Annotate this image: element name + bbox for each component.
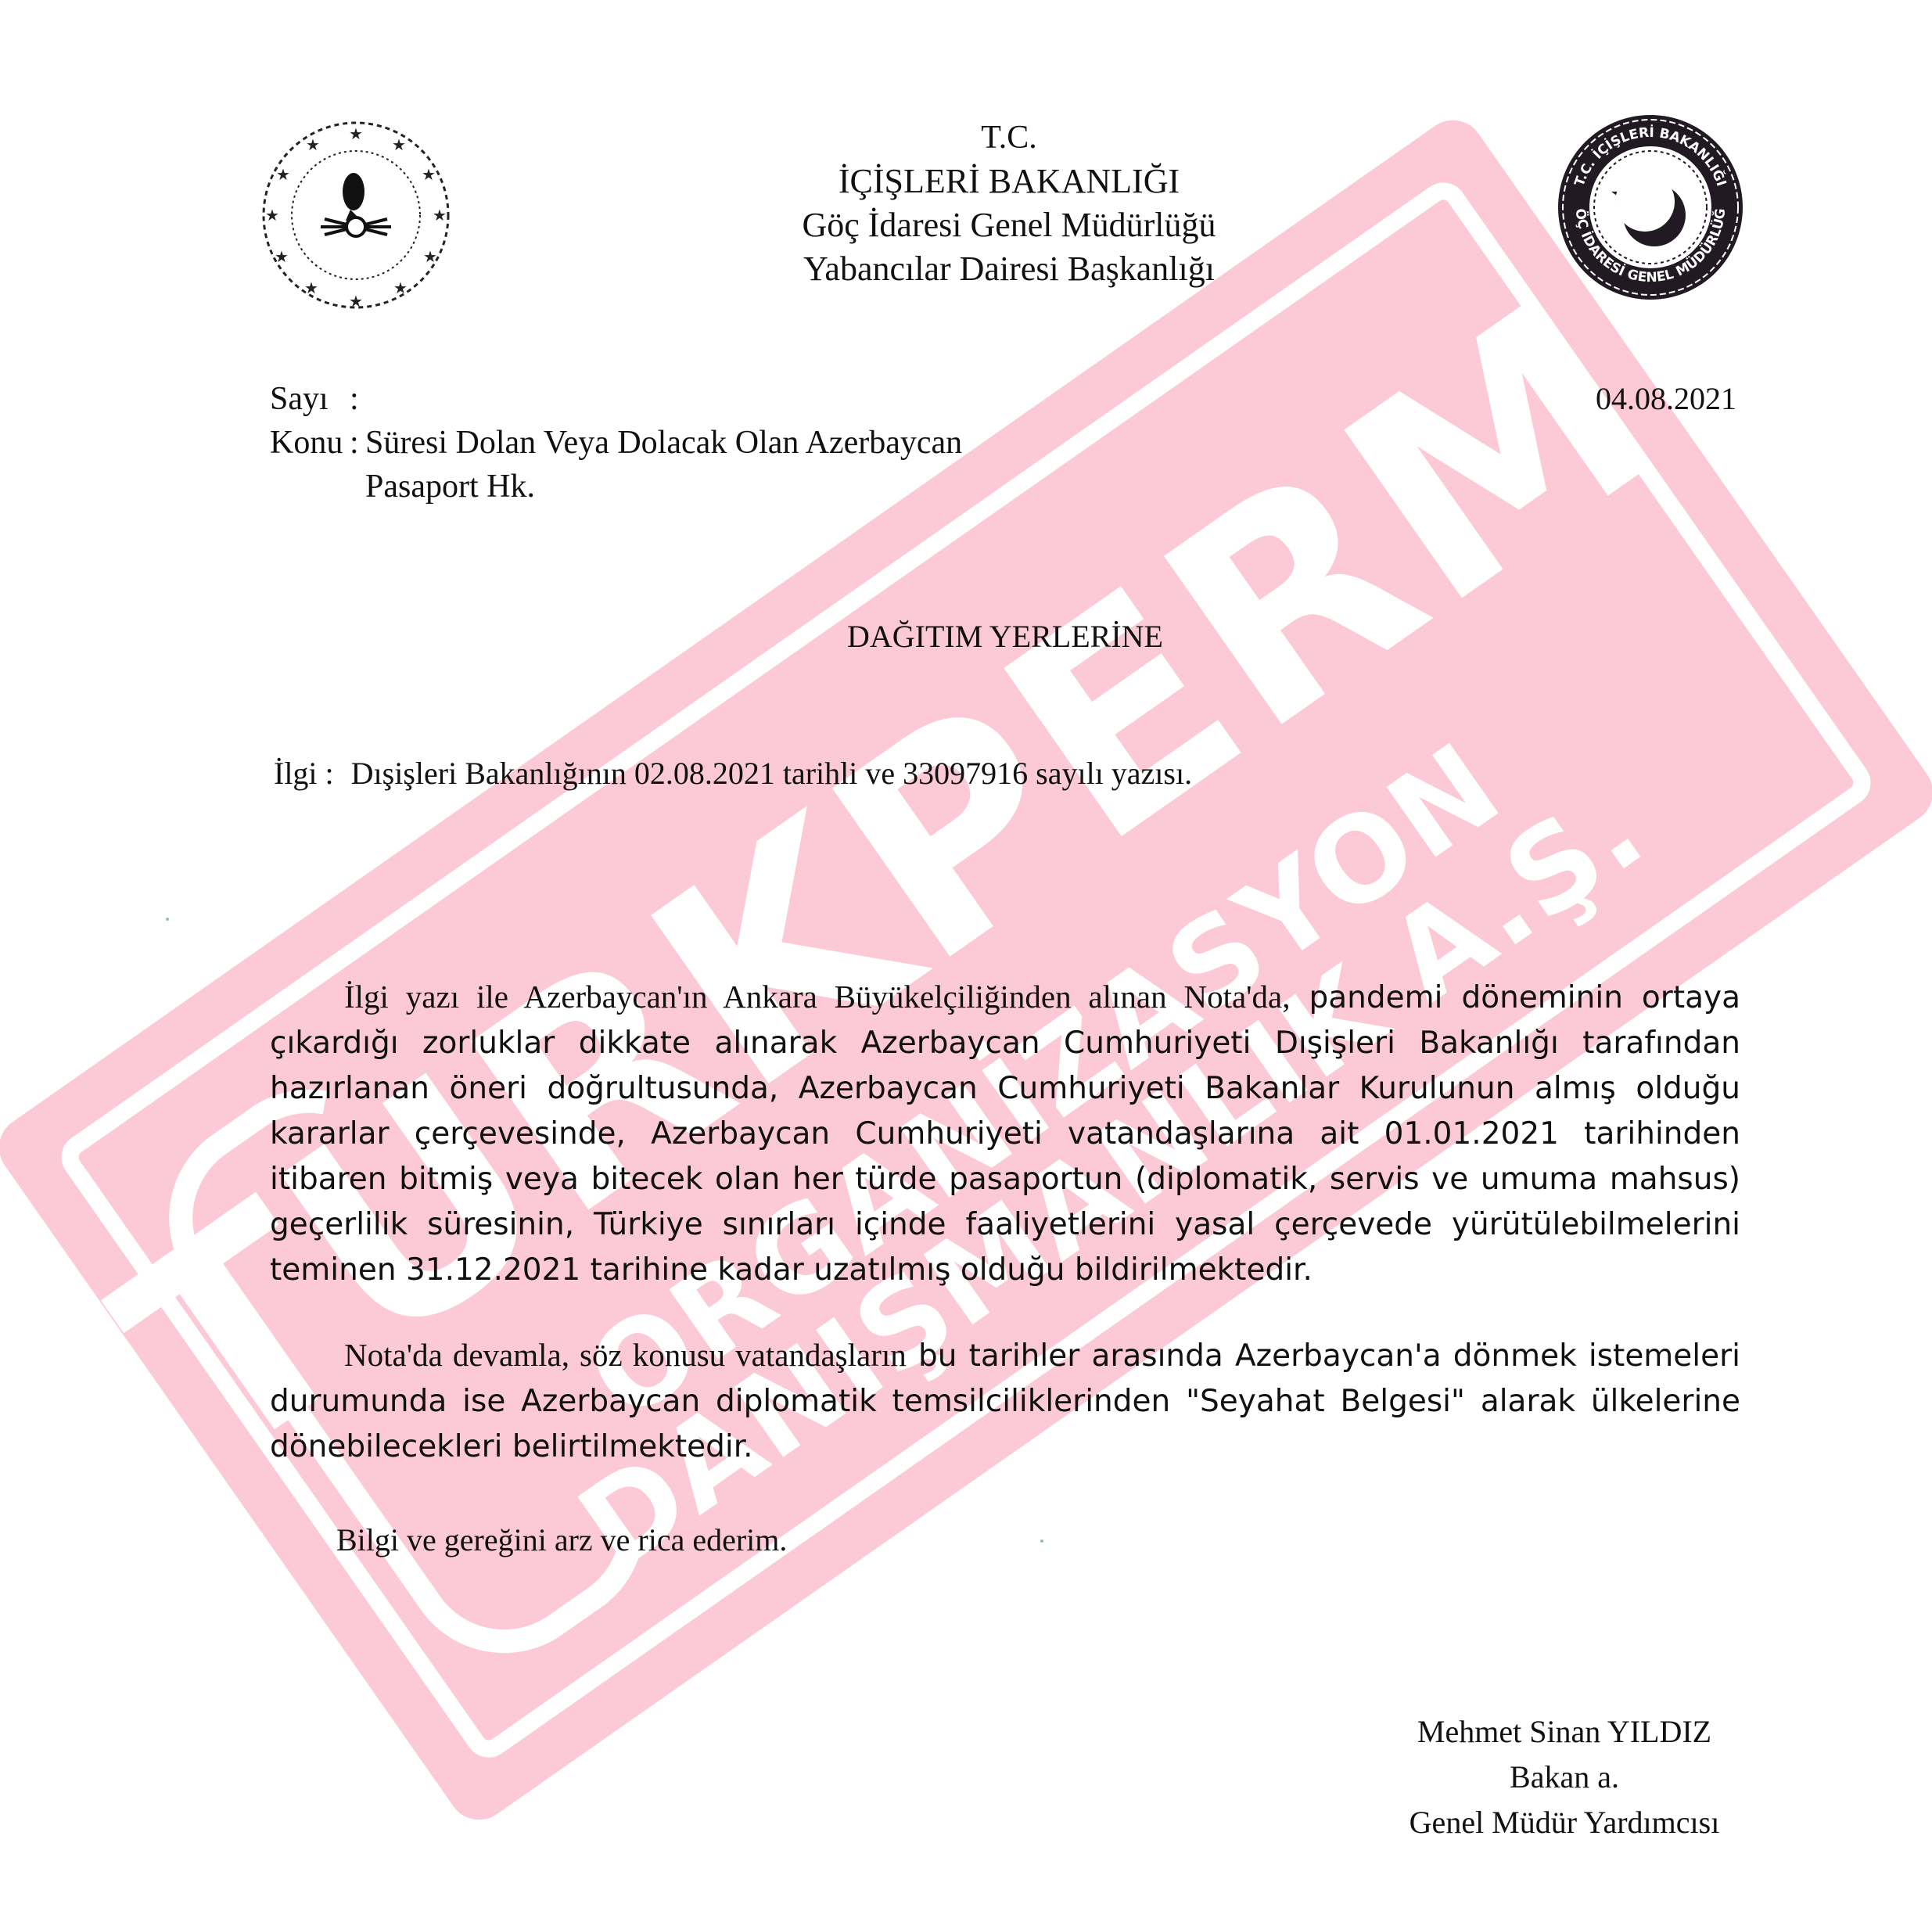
svg-text:★: ★ <box>433 206 447 225</box>
number-separator: : <box>350 377 365 421</box>
body-paragraph-1: İlgi yazı ile Azerbaycan'ın Ankara Büyük… <box>270 974 1740 1293</box>
scan-speck <box>166 918 169 921</box>
migration-directorate-seal-icon: T.C. İÇİŞLERİ BAKANLIĞI GÖÇ İDARESİ GENE… <box>1553 110 1748 305</box>
letterhead-directorate: Göç İdaresi Genel Müdürlüğü <box>704 203 1314 247</box>
letterhead-ministry: İÇİŞLERİ BAKANLIĞI <box>704 160 1314 203</box>
signatory-title: Genel Müdür Yardımcısı <box>1345 1800 1783 1845</box>
signatory-name: Mehmet Sinan YILDIZ <box>1345 1709 1783 1755</box>
scan-speck <box>1040 1539 1043 1543</box>
svg-text:★: ★ <box>304 278 318 297</box>
letterhead-state: T.C. <box>704 116 1314 160</box>
ministry-of-interior-seal-icon: ★★★ ★★ ★★ ★★ ★★★ <box>258 117 454 313</box>
letterhead: T.C. İÇİŞLERİ BAKANLIĞI Göç İdaresi Gene… <box>704 116 1314 291</box>
signature-block: Mehmet Sinan YILDIZ Bakan a. Genel Müdür… <box>1345 1709 1783 1845</box>
svg-text:★: ★ <box>349 292 363 311</box>
body-paragraph-1-lead: İlgi yazı ile Azerbaycan'ın Ankara Büyük… <box>344 979 1291 1015</box>
reference-label: İlgi : <box>274 756 334 791</box>
subject-separator: : <box>350 421 365 465</box>
signatory-on-behalf: Bakan a. <box>1345 1755 1783 1800</box>
watermark: TURKPERMIT ORGANİZASYON DANIŞMANLIK A.Ş. <box>0 108 1932 1832</box>
svg-text:★: ★ <box>349 124 363 143</box>
subject-label: Konu <box>270 421 350 465</box>
svg-text:★: ★ <box>306 135 320 154</box>
letter-body: İlgi yazı ile Azerbaycan'ın Ankara Büyük… <box>270 974 1740 1509</box>
number-label: Sayı <box>270 377 350 421</box>
subject-line-2: Pasaport Hk. <box>270 465 962 508</box>
subject-line-1: Süresi Dolan Veya Dolacak Olan Azerbayca… <box>365 421 962 465</box>
closing-line: Bilgi ve gereğini arz ve rica ederim. <box>336 1521 787 1558</box>
body-paragraph-1-rest: pandemi döneminin ortaya çıkardığı zorlu… <box>270 980 1740 1288</box>
svg-text:★: ★ <box>265 206 279 225</box>
svg-text:★: ★ <box>392 135 406 154</box>
body-paragraph-2-lead: Nota'da devamla, söz konusu vatandaşları… <box>344 1337 907 1373</box>
svg-text:★: ★ <box>423 247 437 266</box>
svg-text:★: ★ <box>422 165 436 184</box>
svg-text:★: ★ <box>275 247 289 266</box>
body-paragraph-2: Nota'da devamla, söz konusu vatandaşları… <box>270 1332 1740 1470</box>
reference-text: Dışişleri Bakanlığının 02.08.2021 tarihl… <box>351 756 1192 791</box>
addressee: DAĞITIM YERLERİNE <box>0 618 1932 655</box>
document-date: 04.08.2021 <box>1596 377 1736 421</box>
svg-text:★: ★ <box>276 165 290 184</box>
document-meta: Sayı : Konu : Süresi Dolan Veya Dolacak … <box>270 377 962 508</box>
letterhead-department: Yabancılar Dairesi Başkanlığı <box>704 247 1314 291</box>
reference: İlgi :Dışişleri Bakanlığının 02.08.2021 … <box>274 755 1192 792</box>
svg-text:★: ★ <box>393 278 408 297</box>
